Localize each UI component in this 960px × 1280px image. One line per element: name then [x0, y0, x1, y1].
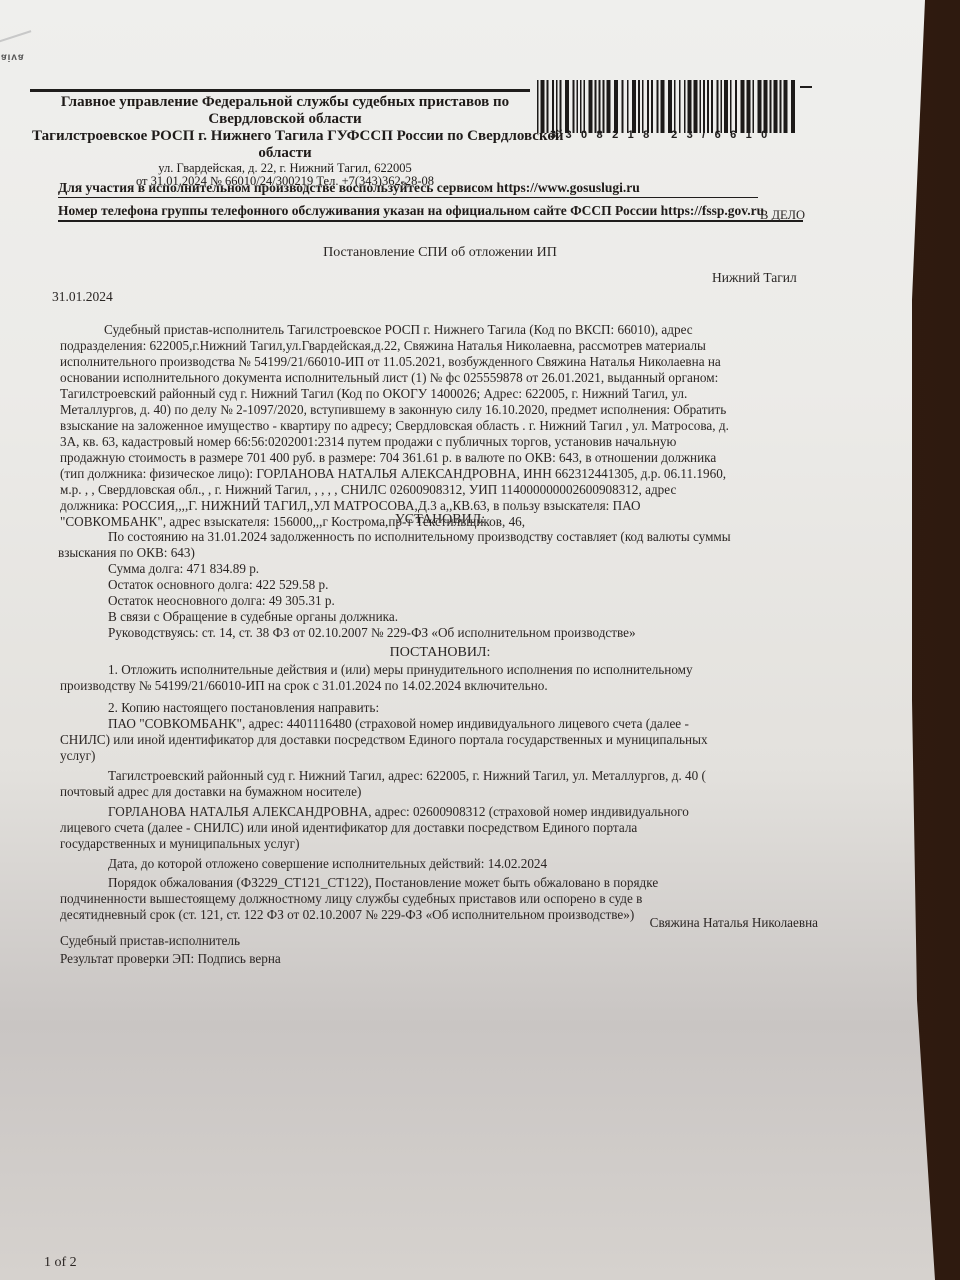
status-line-1: По состоянию на 31.01.2024 задолженность…	[60, 529, 812, 545]
resolved-section: 1. Отложить исполнительные действия и (и…	[60, 662, 812, 967]
document-title: Постановление СПИ об отложении ИП	[0, 245, 880, 261]
intro-line: Металлургов, д. 40) по делу № 2-1097/202…	[60, 402, 812, 418]
recipient-line-1: ПАО "СОВКОМБАНК", адрес: 4401116480 (стр…	[60, 716, 812, 732]
page-indicator: 1 of 2	[44, 1255, 77, 1271]
established-heading: УСТАНОВИЛ:	[60, 512, 820, 528]
resolved-heading: ПОСТАНОВИЛ:	[60, 645, 820, 661]
postpone-reason: В связи с Обращение в судебные органы до…	[60, 609, 812, 625]
recipient-line-3: государственных и муниципальных услуг)	[60, 836, 812, 852]
nonprincipal-remaining: Остаток неосновного долга: 49 305.31 р.	[60, 593, 812, 609]
intro-line: продажную стоимость в размере 701 400 ру…	[60, 450, 812, 466]
item1-line-2: производству № 54199/21/66010-ИП на срок…	[60, 678, 812, 694]
ep-check-result: Результат проверки ЭП: Подпись верна	[60, 951, 812, 967]
pen-mark	[0, 30, 31, 44]
established-section: По состоянию на 31.01.2024 задолженность…	[60, 529, 812, 641]
bleed-through-text: ɐʌᴉɐ	[0, 52, 23, 63]
recipient-line-2: почтовый адрес для доставки на бумажном …	[60, 784, 812, 800]
recipient-line-2: СНИЛС) или иной идентификатор для достав…	[60, 732, 812, 748]
signer-name: Свяжина Наталья Николаевна	[650, 915, 818, 931]
phone-notice: Номер телефона группы телефонного обслуж…	[58, 203, 764, 219]
document-page: ɐʌᴉɐ Главное управление Федеральной служ…	[0, 0, 960, 1280]
intro-paragraph: Судебный пристав-исполнитель Тагилстроев…	[60, 322, 812, 530]
gosuslugi-underline	[58, 197, 758, 198]
document-place: Нижний Тагил	[712, 270, 797, 286]
recipient-2: Тагилстроевский районный суд г. Нижний Т…	[60, 768, 812, 800]
intro-line: Тагилстроевский районный суд г. Нижний Т…	[60, 386, 812, 402]
dept-line-1: Тагилстроевское РОСП г. Нижнего Тагила Г…	[32, 128, 560, 145]
org-line-2: Свердловской области	[40, 111, 530, 128]
org-line-1: Главное управление Федеральной службы су…	[40, 94, 530, 111]
header-top-rule-right	[800, 86, 812, 88]
postpone-date: Дата, до которой отложено совершение исп…	[60, 856, 812, 872]
gosuslugi-notice: Для участия в исполнительном производств…	[58, 180, 640, 196]
appeal-line-1: Порядок обжалования (ФЗ229_СТ121_СТ122),…	[60, 875, 812, 891]
debt-total: Сумма долга: 471 834.89 р.	[60, 561, 812, 577]
header-org: Главное управление Федеральной службы су…	[40, 94, 530, 188]
guided-by: Руководствуясь: ст. 14, ст. 38 ФЗ от 02.…	[60, 625, 812, 641]
appeal-line-2: подчиненности вышестоящему должностному …	[60, 891, 812, 907]
intro-line: (тип должника: физическое лицо): ГОРЛАНО…	[60, 466, 812, 482]
item1-line-1: 1. Отложить исполнительные действия и (и…	[60, 662, 812, 678]
intro-line: 3А, кв. 63, кадастровый номер 66:56:0202…	[60, 434, 812, 450]
to-file-stamp: В ДЕЛО	[760, 208, 805, 223]
principal-remaining: Остаток основного долга: 422 529.58 р.	[60, 577, 812, 593]
barcode	[537, 80, 799, 133]
recipient-3: ГОРЛАНОВА НАТАЛЬЯ АЛЕКСАНДРОВНА, адрес: …	[60, 804, 812, 852]
intro-line: Судебный пристав-исполнитель Тагилстроев…	[60, 322, 812, 338]
item2-heading: 2. Копию настоящего постановления направ…	[60, 700, 812, 716]
recipient-line-3: услуг)	[60, 748, 812, 764]
intro-line: м.р. , , Свердловская обл., , г. Нижний …	[60, 482, 812, 498]
recipient-line-1: Тагилстроевский районный суд г. Нижний Т…	[60, 768, 812, 784]
intro-line: подразделения: 622005,г.Нижний Тагил,ул.…	[60, 338, 812, 354]
dept-line-2: области	[40, 145, 530, 162]
intro-line: исполнительного производства № 54199/21/…	[60, 354, 812, 370]
recipient-line-2: лицевого счета (далее - СНИЛС) или иной …	[60, 820, 812, 836]
header-top-rule	[30, 89, 530, 92]
document-date: 31.01.2024	[52, 289, 113, 305]
recipient-1: ПАО "СОВКОМБАНК", адрес: 4401116480 (стр…	[60, 716, 812, 764]
intro-line: основании исполнительного документа испо…	[60, 370, 812, 386]
barcode-number: 3308218 23/6610	[550, 129, 800, 141]
intro-line: взыскание на заложенное имущество - квар…	[60, 418, 812, 434]
signature-row: Свяжина Наталья Николаевна	[60, 923, 812, 939]
recipient-line-1: ГОРЛАНОВА НАТАЛЬЯ АЛЕКСАНДРОВНА, адрес: …	[60, 804, 812, 820]
header-bottom-rule	[58, 220, 803, 222]
status-line-2: взыскания по ОКВ: 643)	[58, 545, 812, 561]
